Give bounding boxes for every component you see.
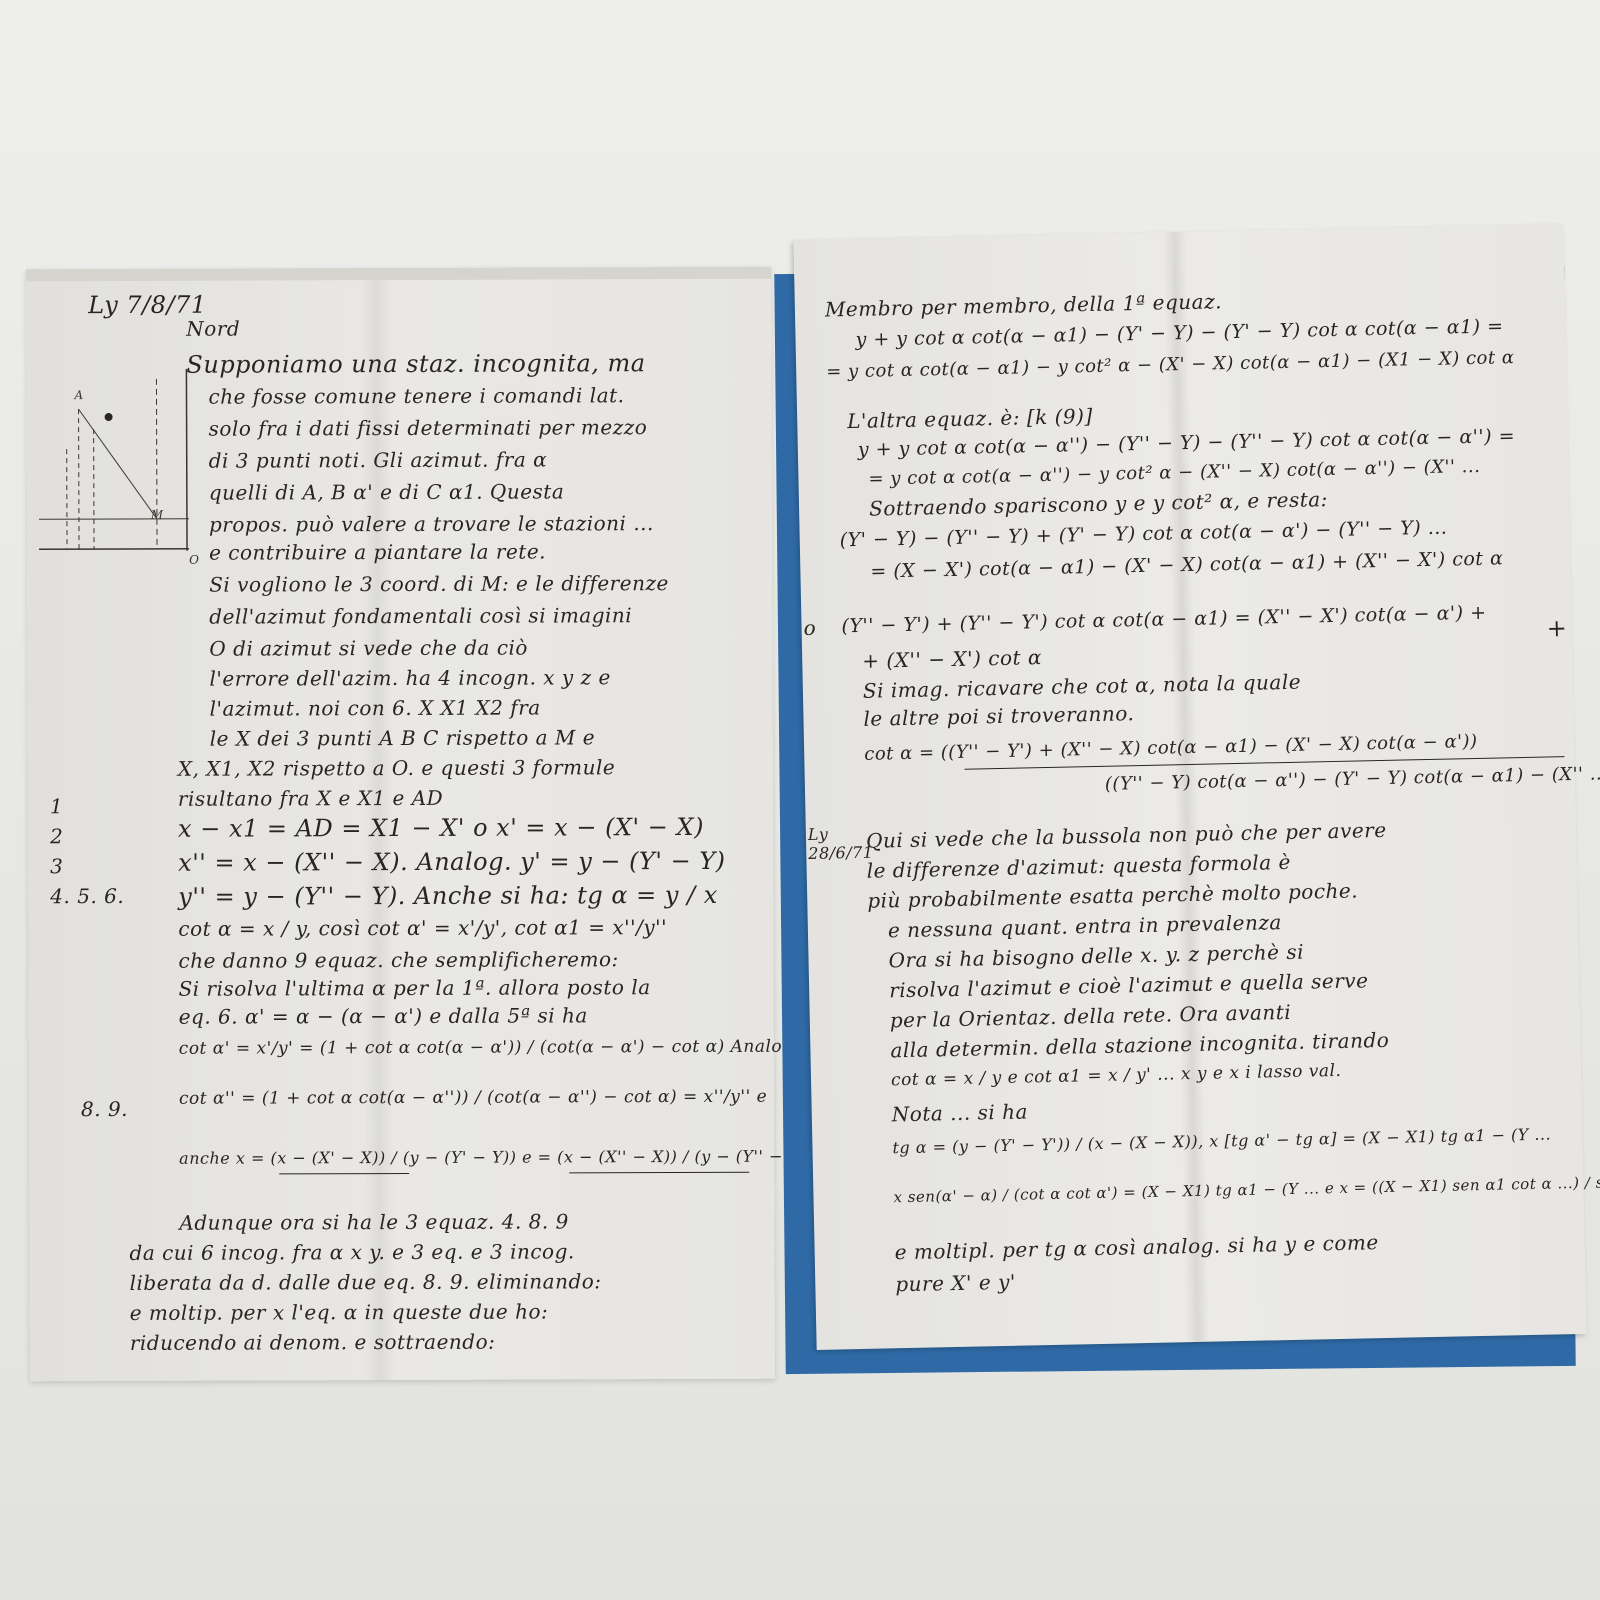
survey-sketch-diagram: A M O bbox=[38, 369, 199, 570]
right-line-16: Qui si vede che la bussola non può che p… bbox=[866, 818, 1387, 853]
left-line-19: cot α = x / y, così cot α' = x'/y', cot … bbox=[178, 915, 667, 941]
left-line-2: che fosse comune tenere i comandi lat. bbox=[208, 383, 624, 408]
left-line-4: di 3 punti noti. Gli azimut. fra α bbox=[209, 447, 547, 472]
right-line-1: Membro per membro, della 1ª equaz. bbox=[825, 289, 1223, 321]
left-page-top-edge bbox=[26, 267, 771, 282]
right-margin-mark-plus: + bbox=[1546, 614, 1567, 642]
left-line-3: solo fra i dati fissi determinati per me… bbox=[209, 415, 648, 441]
right-line-17: le differenze d'azimut: questa formola è bbox=[866, 850, 1291, 883]
right-line-9: = (X − X') cot(α − α1) − (X' − X) cot(α … bbox=[870, 547, 1503, 582]
svg-text:O: O bbox=[189, 553, 199, 567]
right-line-12: Si imag. ricavare che cot α, nota la qua… bbox=[863, 670, 1302, 703]
right-line-13: le altre poi si troveranno. bbox=[863, 701, 1134, 731]
left-line-17: x'' = x − (X'' − X). Analog. y' = y − (Y… bbox=[178, 847, 725, 877]
left-date: Ly 7/8/71 bbox=[88, 291, 207, 319]
left-line-12: l'azimut. noi con 6. X X1 X2 fra bbox=[210, 696, 541, 721]
right-line-26: tg α = (y − (Y' − Y')) / (x − (X − X)), … bbox=[892, 1125, 1551, 1158]
margin-number-4-5-6: 4. 5. 6. bbox=[50, 884, 124, 908]
right-line-20: Ora si ha bisogno delle x. y. z perchè s… bbox=[888, 940, 1304, 973]
right-line-23: alla determin. della stazione incognita.… bbox=[890, 1028, 1389, 1062]
left-line-6: propos. può valere a trovare le stazioni… bbox=[209, 511, 654, 537]
margin-number-8-9: 8. 9. bbox=[81, 1097, 128, 1121]
margin-number-3: 3 bbox=[50, 854, 63, 878]
right-line-6: = y cot α cot(α − α'') − y cot² α − (X''… bbox=[868, 456, 1480, 490]
left-line-21: Si risolva l'ultima α per la 1ª. allora … bbox=[179, 975, 651, 1001]
svg-text:A: A bbox=[73, 388, 83, 402]
right-margin-mark-o: o bbox=[803, 616, 816, 640]
right-line-10: (Y'' − Y') + (Y'' − Y') cot α cot(α − α1… bbox=[841, 602, 1486, 638]
left-line-8: Si vogliono le 3 coord. di M: e le diffe… bbox=[209, 571, 669, 597]
left-line-10: O di azimut si vede che da ciò bbox=[209, 636, 528, 661]
right-line-27: x sen(α' − α) / (cot α cot α') = (X − X1… bbox=[893, 1172, 1600, 1207]
right-line-22: per la Orientaz. della rete. Ora avanti bbox=[890, 1000, 1292, 1032]
nord-label: Nord bbox=[186, 317, 240, 341]
left-line-5: quelli di A, B α' e di C α1. Questa bbox=[209, 479, 564, 504]
right-line-7: Sottraendo spariscono y e y cot² α, e re… bbox=[869, 487, 1328, 521]
right-line-19: e nessuna quant. entra in prevalenza bbox=[888, 910, 1282, 942]
left-line-14: X, X1, X2 rispetto a O. e questi 3 formu… bbox=[178, 755, 616, 781]
left-line-27: da cui 6 incog. fra α x y. e 3 eq. e 3 i… bbox=[129, 1239, 574, 1265]
right-line-3: = y cot α cot(α − α1) − y cot² α − (X' −… bbox=[826, 347, 1515, 382]
left-line-29: e moltip. per x l'eq. α in queste due ho… bbox=[130, 1299, 549, 1324]
left-line-26: Adunque ora si ha le 3 equaz. 4. 8. 9 bbox=[179, 1209, 569, 1234]
left-line-25: anche x = (x − (X' − X)) / (y − (Y' − Y)… bbox=[179, 1147, 813, 1168]
right-margin-date: Ly 28/6/71 bbox=[808, 824, 849, 863]
left-line-16: x − x1 = AD = X1 − X' o x' = x − (X' − X… bbox=[178, 813, 704, 843]
right-line-25: Nota ... si ha bbox=[892, 1099, 1029, 1126]
right-line-15: ((Y'' − Y) cot(α − α'') − (Y' − Y) cot(α… bbox=[1105, 763, 1600, 795]
margin-number-2: 2 bbox=[50, 824, 63, 848]
left-line-22: eq. 6. α' = α − (α − α') e dalla 5ª si h… bbox=[179, 1003, 588, 1028]
left-line-9: dell'azimut fondamentali così si imagini bbox=[209, 603, 632, 628]
right-line-11: + (X'' − X') cot α bbox=[862, 645, 1042, 673]
right-line-8: (Y' − Y) − (Y'' − Y) + (Y' − Y) cot α co… bbox=[840, 517, 1448, 552]
right-line-18: più probabilmente esatta perchè molto po… bbox=[867, 879, 1358, 913]
left-line-11: l'errore dell'azim. ha 4 incogn. x y z e bbox=[209, 665, 610, 690]
right-line-21: risolva l'azimut e cioè l'azimut e quell… bbox=[889, 968, 1369, 1002]
fraction-bar bbox=[569, 1172, 749, 1174]
left-line-15: risultano fra X e X1 e AD bbox=[178, 786, 443, 811]
left-manuscript-booklet: Ly 7/8/71 Nord A M O Supponiamo una staz… bbox=[26, 267, 775, 1382]
left-line-23: cot α' = x'/y' = (1 + cot α cot(α − α'))… bbox=[179, 1037, 800, 1059]
left-line-18: y'' = y − (Y'' − Y). Anche si ha: tg α =… bbox=[178, 881, 718, 911]
left-line-28: liberata da d. dalle due eq. 8. 9. elimi… bbox=[130, 1269, 602, 1295]
fraction-bar bbox=[279, 1173, 409, 1174]
left-line-1: Supponiamo una staz. incognita, ma bbox=[186, 349, 645, 379]
margin-number-1: 1 bbox=[50, 794, 63, 818]
svg-text:M: M bbox=[150, 508, 164, 522]
right-manuscript-page: Membro per membro, della 1ª equaz. y + y… bbox=[793, 224, 1586, 1350]
left-line-20: che danno 9 equaz. che semplificheremo: bbox=[178, 947, 618, 973]
left-line-24: cot α'' = (1 + cot α cot(α − α'')) / (co… bbox=[179, 1087, 767, 1109]
left-line-30: riducendo ai denom. e sottraendo: bbox=[130, 1330, 496, 1355]
left-line-7: e contribuire a piantare la rete. bbox=[209, 539, 546, 564]
left-line-13: le X dei 3 punti A B C rispetto a M e bbox=[210, 725, 595, 750]
right-line-24: cot α = x / y e cot α1 = x / y' ... x y … bbox=[891, 1061, 1342, 1090]
right-line-2: y + y cot α cot(α − α1) − (Y' − Y) − (Y'… bbox=[855, 315, 1503, 351]
right-line-4: L'altra equaz. è: [k (9)] bbox=[847, 404, 1093, 433]
right-line-28: e moltipl. per tg α così analog. si ha y… bbox=[894, 1230, 1378, 1264]
right-line-29: pure X' e y' bbox=[895, 1270, 1016, 1297]
